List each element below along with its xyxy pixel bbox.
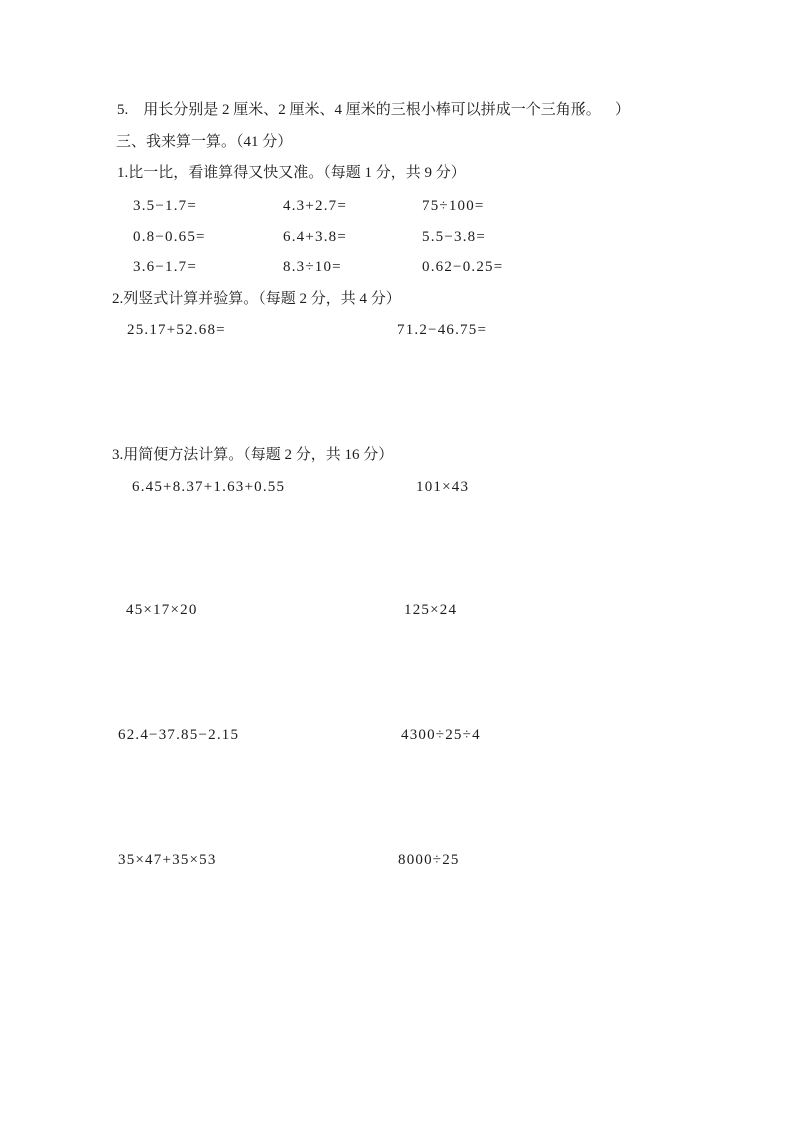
simplify-calc-row: 35×47+35×53 8000÷25 bbox=[0, 850, 793, 872]
math-expression: 6.4+3.8= bbox=[283, 227, 347, 247]
math-expression: 6.45+8.37+1.63+0.55 bbox=[132, 477, 285, 497]
math-expression: 125×24 bbox=[404, 600, 457, 620]
math-expression: 62.4−37.85−2.15 bbox=[118, 725, 239, 745]
math-expression: 45×17×20 bbox=[126, 600, 198, 620]
quick-calc-row: 0.8−0.65= 6.4+3.8= 5.5−3.8= bbox=[0, 227, 793, 249]
quick-calc-row: 3.6−1.7= 8.3÷10= 0.62−0.25= bbox=[0, 257, 793, 279]
worksheet-page: 5. 用长分别是 2 厘米、2 厘米、4 厘米的三根小棒可以拼成一个三角形。 （… bbox=[0, 0, 793, 1122]
math-expression: 101×43 bbox=[416, 477, 469, 497]
math-expression: 3.6−1.7= bbox=[133, 257, 197, 277]
math-expression: 3.5−1.7= bbox=[133, 196, 197, 216]
math-expression: 25.17+52.68= bbox=[127, 320, 226, 340]
math-expression: 0.8−0.65= bbox=[133, 227, 206, 247]
math-expression: 71.2−46.75= bbox=[397, 320, 487, 340]
question-5-answer-parentheses: （ ） bbox=[570, 100, 630, 120]
section-three-heading: 三、我来算一算。（41 分） bbox=[116, 132, 292, 152]
math-expression: 35×47+35×53 bbox=[118, 850, 217, 870]
math-expression: 8.3÷10= bbox=[283, 257, 342, 277]
math-expression: 4300÷25÷4 bbox=[401, 725, 481, 745]
subsection-3-heading: 3.用简便方法计算。（每题 2 分，共 16 分） bbox=[112, 445, 393, 465]
math-expression: 5.5−3.8= bbox=[422, 227, 486, 247]
simplify-calc-row: 45×17×20 125×24 bbox=[0, 600, 793, 622]
simplify-calc-row: 62.4−37.85−2.15 4300÷25÷4 bbox=[0, 725, 793, 747]
subsection-2-heading: 2.列竖式计算并验算。（每题 2 分，共 4 分） bbox=[112, 289, 401, 309]
math-expression: 75÷100= bbox=[422, 196, 485, 216]
question-5-text: 5. 用长分别是 2 厘米、2 厘米、4 厘米的三根小棒可以拼成一个三角形。 bbox=[117, 100, 601, 120]
math-expression: 4.3+2.7= bbox=[283, 196, 347, 216]
vertical-calc-row: 25.17+52.68= 71.2−46.75= bbox=[0, 320, 793, 342]
simplify-calc-row: 6.45+8.37+1.63+0.55 101×43 bbox=[0, 477, 793, 499]
subsection-1-heading: 1.比一比，看谁算得又快又准。（每题 1 分，共 9 分） bbox=[117, 163, 466, 183]
math-expression: 0.62−0.25= bbox=[422, 257, 503, 277]
quick-calc-row: 3.5−1.7= 4.3+2.7= 75÷100= bbox=[0, 196, 793, 218]
math-expression: 8000÷25 bbox=[398, 850, 460, 870]
